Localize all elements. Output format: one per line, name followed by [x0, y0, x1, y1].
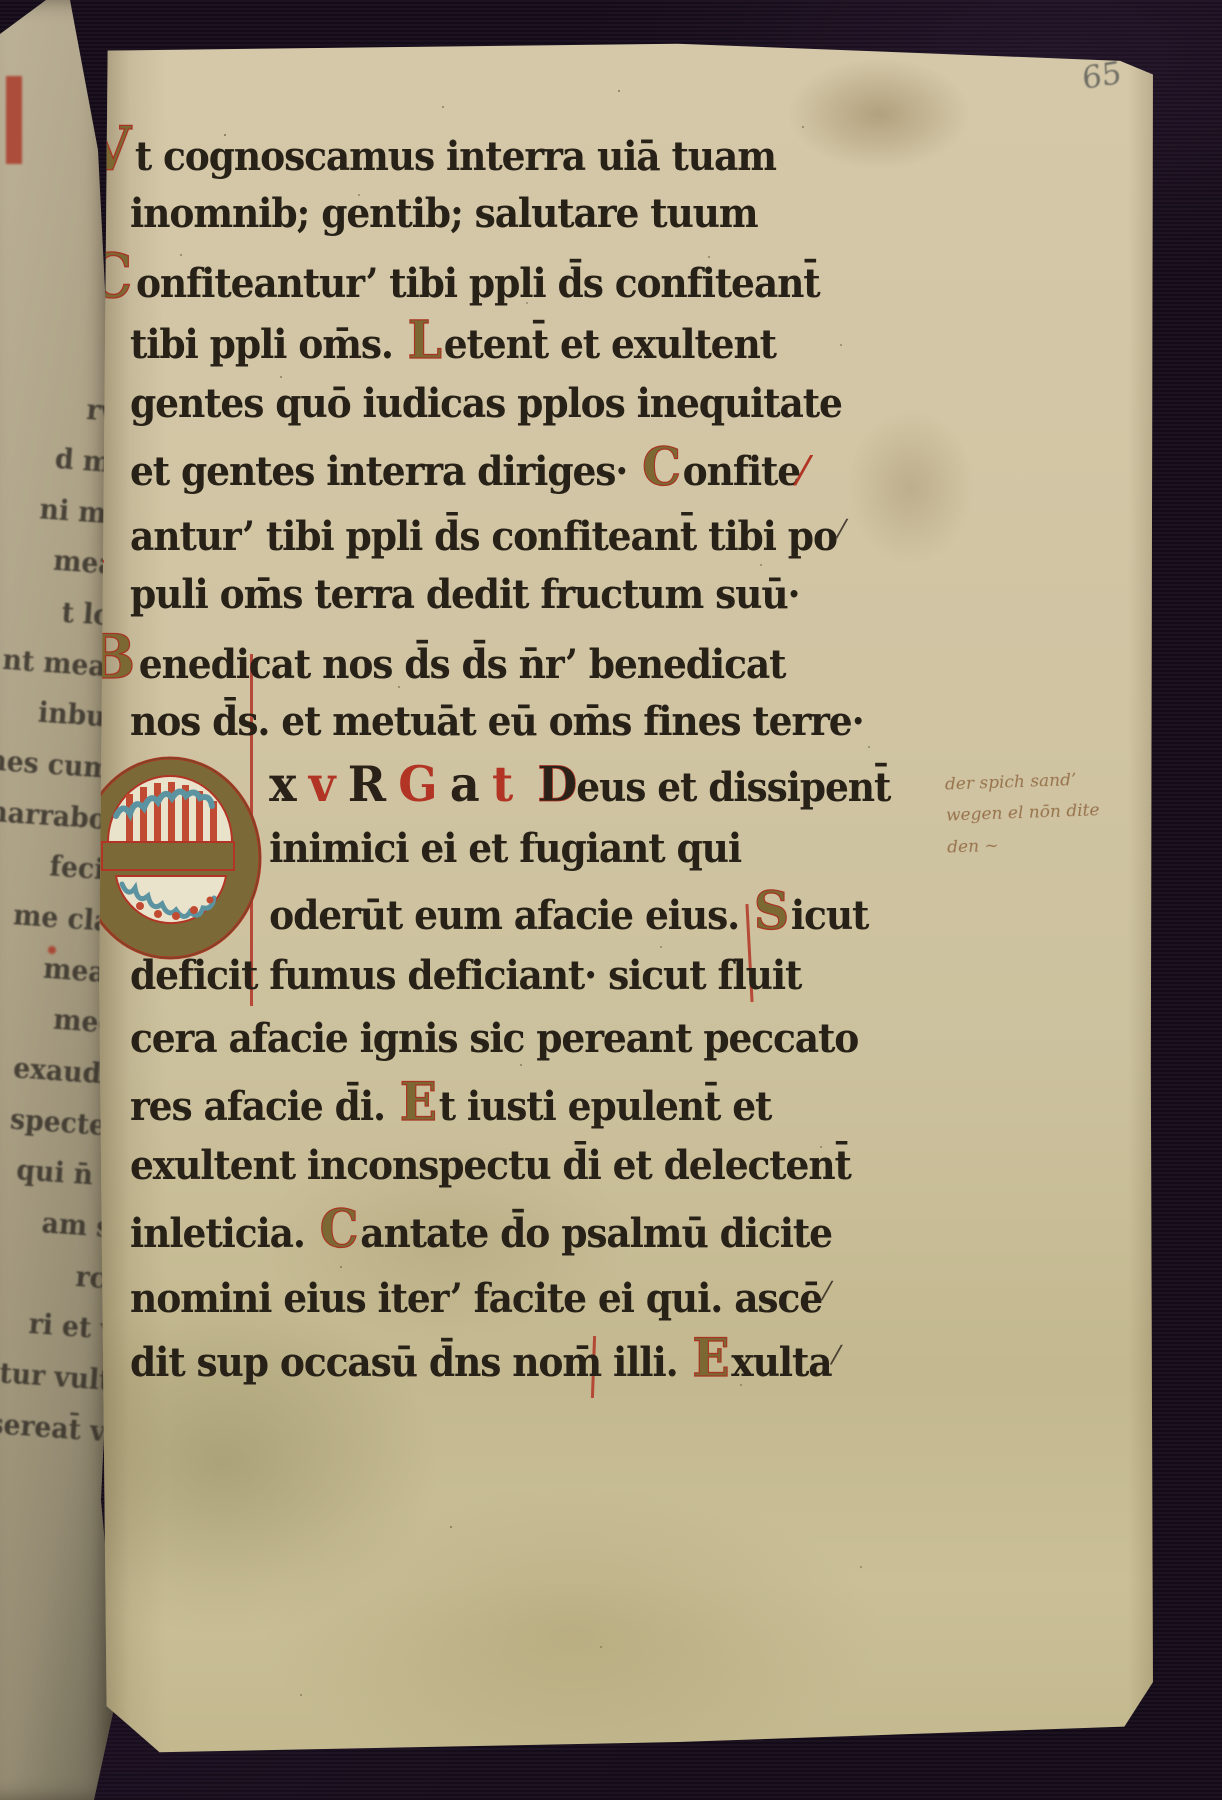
manuscript-text-line: deficit fumus deficiant· sicut fluit [130, 944, 873, 1008]
initial-inline-segment: E [692, 1328, 728, 1389]
facing-page-rubric-mark [6, 76, 22, 164]
red-segment: ⁄ [800, 448, 805, 495]
facing-page-fragment: exaudi [12, 1054, 112, 1089]
text-segment: oderūt eum afacie eius. [269, 892, 751, 939]
facing-page-fragment: ntur vult [0, 1358, 112, 1395]
photo-backdrop-cloth: rvd mni mmeat lont meainbuiones cumnarra… [0, 0, 1222, 1800]
text-segment: inimici ei et fugiant qui [269, 825, 741, 872]
facing-page-fragment: specte [9, 1105, 107, 1140]
text-segment: eus et dissipent̄ [576, 764, 890, 811]
text-segment: inomnib; gentib; salutare tuum [130, 190, 758, 237]
hairline-segment: ⁄ [825, 1277, 828, 1307]
display-segment: xvRGat [269, 755, 525, 813]
manuscript-text-line: inimici ei et fugiant qui [130, 817, 873, 881]
text-segment: et gentes interra diriges· [130, 448, 639, 495]
initial-inline-segment: C [642, 437, 680, 498]
facing-page-fragment: ones cum [0, 745, 112, 783]
text-segment: etent̄ et exultent [444, 321, 776, 368]
text-segment: nos d̄s. et metuāt eū om̄s fines terre· [130, 698, 864, 745]
manuscript-text-line: inomnib; gentib; salutare tuum [130, 182, 873, 246]
folio-number: 65 [1081, 55, 1122, 97]
text-segment: inleticia. [130, 1210, 317, 1257]
manuscript-text-line: nos d̄s. et metuāt eū om̄s fines terre· [130, 690, 873, 754]
hairline-segment: ⁄ [840, 515, 843, 545]
text-segment: onfite [683, 448, 800, 495]
manuscript-text-line: res afacie d̄i. Et iusti epulent̄ et [130, 1071, 873, 1135]
text-segment: deficit fumus deficiant· sicut fluit [130, 952, 801, 999]
text-segment: gentes quō iudicas pplos inequitate [130, 380, 842, 427]
text-segment: icut [791, 892, 868, 939]
text-segment [525, 764, 537, 811]
text-segment: antur’ tibi ppli d̄s confiteant̄ tibi po [130, 513, 837, 560]
text-segment: antate d̄o psalmū dicite [360, 1210, 832, 1257]
text-segment: res afacie d̄i. [130, 1083, 397, 1130]
manuscript-text-line: puli om̄s terra dedit fructum suū· [130, 563, 873, 627]
manuscript-text-line: inleticia. Cantate d̄o psalmū dicite [130, 1198, 873, 1262]
text-block: Vt cognoscamus interra uiā tuaminomnib; … [130, 118, 920, 1388]
text-segment: onfiteantur’ tibi ppli d̄s confiteant̄ [136, 260, 820, 307]
manuscript-text-line: et gentes interra diriges· Confite⁄ [130, 436, 873, 500]
manuscript-text-line: Confiteantur’ tibi ppli d̄s confiteant̄ [130, 245, 873, 309]
initial-inline-segment: L [408, 310, 441, 371]
facing-page-fragment: ni m [38, 495, 107, 528]
manuscript-text-line: antur’ tibi ppli d̄s confiteant̄ tibi po… [130, 499, 873, 563]
facing-page-fragment: misereat̄ v [0, 1407, 107, 1446]
text-segment: tibi ppli om̄s. [130, 321, 405, 368]
text-segment: puli om̄s terra dedit fructum suū· [130, 571, 800, 618]
manuscript-text-line: cera afacie ignis sic pereant peccato [130, 1007, 873, 1071]
initial-inline-segment: C [320, 1199, 358, 1260]
initial-inline-segment: S [754, 881, 788, 942]
text-segment: enedicat nos d̄s d̄s n̄r’ benedicat [139, 641, 786, 688]
facing-page-fragment: me cla [12, 901, 112, 936]
text-segment: t iusti epulent̄ et [439, 1083, 772, 1130]
text-segment: exultent inconspectu d̄i et delectent̄ [130, 1142, 851, 1189]
manuscript-text-line: tibi ppli om̄s. Letent̄ et exultent [130, 309, 873, 373]
manuscript-text-line: nomini eius iter’ facite ei qui. ascē⁄ [130, 1261, 873, 1325]
text-segment: t cognoscamus interra uiā tuam [135, 133, 776, 180]
parchment-speckles [96, 42, 98, 44]
manuscript-text-line: Vt cognoscamus interra uiā tuam [130, 118, 873, 182]
manuscript-text-line: dit sup occasū d̄ns nom̄ illi. Exulta⁄ [130, 1325, 873, 1389]
manuscript-text-line: gentes quō iudicas pplos inequitate [130, 372, 873, 436]
facing-page-fragment: nt mea [2, 646, 107, 681]
versal-segment: D [537, 755, 576, 813]
text-segment: xulta [731, 1339, 831, 1386]
manuscript-text-line: xvRGat Deus et dissipent̄ [130, 753, 873, 817]
facing-page-fragment: am s [41, 1209, 112, 1242]
manuscript-text-line: exultent inconspectu d̄i et delectent̄ [130, 1134, 873, 1198]
manuscript-text-line: Benedicat nos d̄s d̄s n̄r’ benedicat [130, 626, 873, 690]
text-segment: dit sup occasū d̄ns nom̄ illi. [130, 1339, 690, 1386]
text-segment: nomini eius iter’ facite ei qui. ascē [130, 1275, 822, 1322]
marginal-note: der spich sand’ wegen el nōn dite den ~ [944, 762, 1157, 864]
text-segment: cera afacie ignis sic pereant peccato [130, 1015, 858, 1062]
hairline-segment: ⁄ [834, 1341, 837, 1371]
manuscript-page: 65 [96, 42, 1154, 1754]
facing-page-fragment: d m [54, 445, 112, 477]
facing-page-fragment: narrabo [0, 798, 107, 834]
marginal-note-line: den ~ [947, 825, 1158, 864]
initial-inline-segment: E [400, 1072, 436, 1133]
manuscript-text-line: oderūt eum afacie eius. Sicut [130, 880, 873, 944]
facing-page-fragment: mea [43, 955, 107, 987]
